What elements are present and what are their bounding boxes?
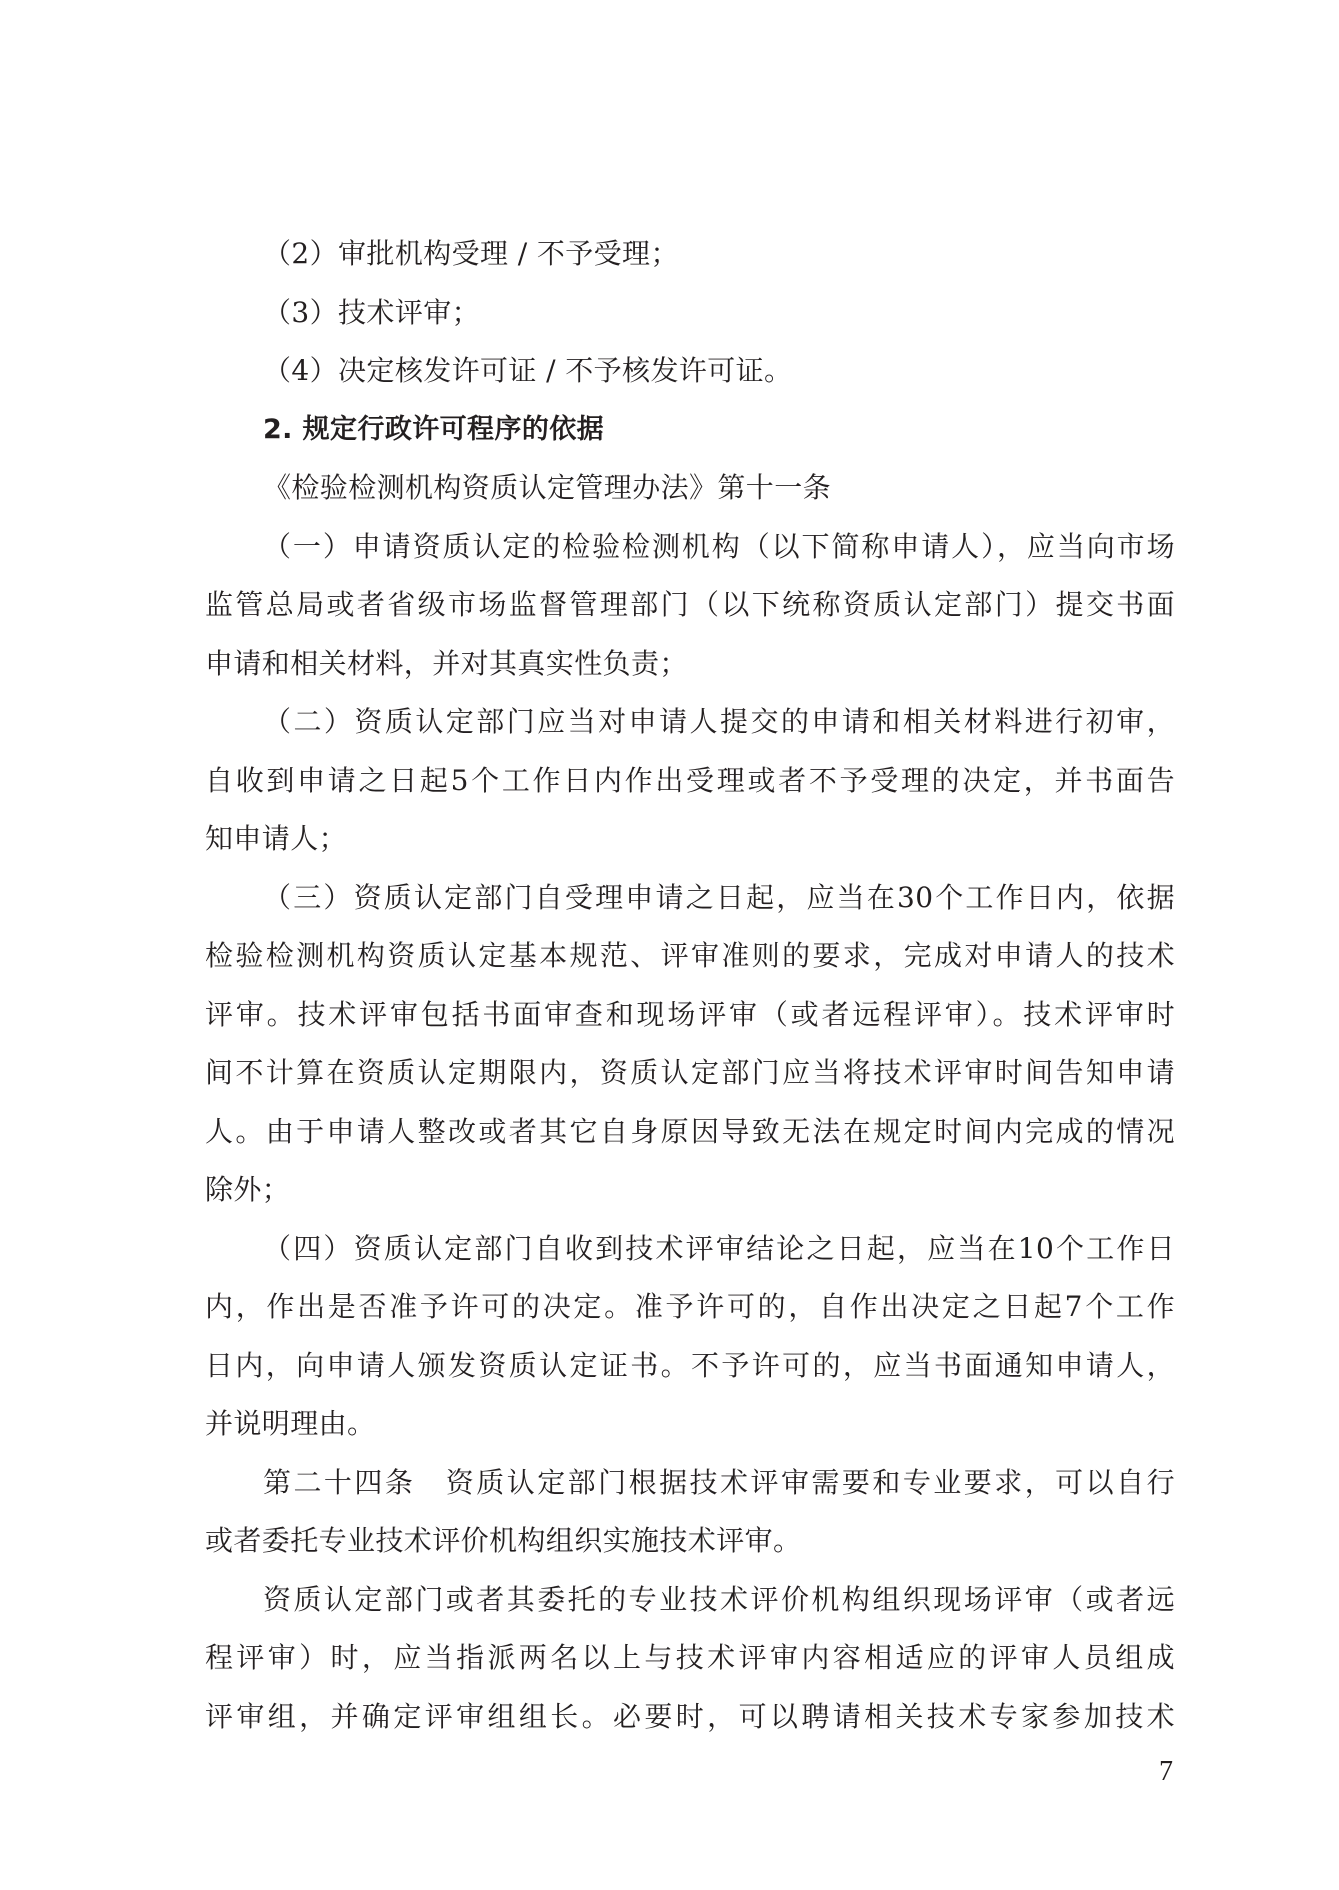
list-item-4: （4）决定核发许可证 / 不予核发许可证。 bbox=[205, 342, 1175, 401]
article-24-paragraph-2: 资质认定部门或者其委托的专业技术评价机构组织现场评审（或者远 程评审）时，应当指… bbox=[205, 1571, 1175, 1747]
article-24-line: 第二十四条 资质认定部门根据技术评审需要和专业要求，可以自行 bbox=[205, 1454, 1175, 1513]
clause-4-line: 内，作出是否准予许可的决定。准予许可的，自作出决定之日起7个工作 bbox=[205, 1278, 1175, 1337]
document-page: （2）审批机构受理 / 不予受理； （3）技术评审； （4）决定核发许可证 / … bbox=[0, 0, 1339, 1890]
clause-2-line: （二）资质认定部门应当对申请人提交的申请和相关材料进行初审， bbox=[205, 693, 1175, 752]
article-24: 第二十四条 资质认定部门根据技术评审需要和专业要求，可以自行 或者委托专业技术评… bbox=[205, 1454, 1175, 1571]
clause-2-line: 知申请人； bbox=[205, 810, 1175, 869]
list-item-2: （2）审批机构受理 / 不予受理； bbox=[205, 225, 1175, 284]
clause-2-line: 自收到申请之日起5个工作日内作出受理或者不予受理的决定，并书面告 bbox=[205, 752, 1175, 811]
clause-1-line: 监管总局或者省级市场监督管理部门（以下统称资质认定部门）提交书面 bbox=[205, 576, 1175, 635]
clause-3-line: 间不计算在资质认定期限内，资质认定部门应当将技术评审时间告知申请 bbox=[205, 1044, 1175, 1103]
page-number: 7 bbox=[1159, 1756, 1173, 1788]
article-24-line: 或者委托专业技术评价机构组织实施技术评审。 bbox=[205, 1512, 1175, 1571]
clause-3-line: 评审。技术评审包括书面审查和现场评审（或者远程评审）。技术评审时 bbox=[205, 986, 1175, 1045]
law-reference: 《检验检测机构资质认定管理办法》第十一条 bbox=[205, 459, 1175, 518]
clause-3-line: 检验检测机构资质认定基本规范、评审准则的要求，完成对申请人的技术 bbox=[205, 927, 1175, 986]
list-item-3: （3）技术评审； bbox=[205, 284, 1175, 343]
clause-3-line: 除外； bbox=[205, 1161, 1175, 1220]
clause-2: （二）资质认定部门应当对申请人提交的申请和相关材料进行初审， 自收到申请之日起5… bbox=[205, 693, 1175, 869]
page-content: （2）审批机构受理 / 不予受理； （3）技术评审； （4）决定核发许可证 / … bbox=[205, 225, 1175, 1746]
article-24-p2-line: 程评审）时，应当指派两名以上与技术评审内容相适应的评审人员组成 bbox=[205, 1629, 1175, 1688]
clause-3-line: （三）资质认定部门自受理申请之日起，应当在30个工作日内，依据 bbox=[205, 869, 1175, 928]
clause-3: （三）资质认定部门自受理申请之日起，应当在30个工作日内，依据 检验检测机构资质… bbox=[205, 869, 1175, 1220]
article-24-p2-line: 资质认定部门或者其委托的专业技术评价机构组织现场评审（或者远 bbox=[205, 1571, 1175, 1630]
clause-4-line: 并说明理由。 bbox=[205, 1395, 1175, 1454]
clause-4: （四）资质认定部门自收到技术评审结论之日起，应当在10个工作日 内，作出是否准予… bbox=[205, 1220, 1175, 1454]
article-24-p2-line: 评审组，并确定评审组组长。必要时，可以聘请相关技术专家参加技术 bbox=[205, 1688, 1175, 1747]
section-heading: 2. 规定行政许可程序的依据 bbox=[205, 401, 1175, 460]
clause-1-line: 申请和相关材料，并对其真实性负责； bbox=[205, 635, 1175, 694]
clause-1-line: （一）申请资质认定的检验检测机构（以下简称申请人），应当向市场 bbox=[205, 518, 1175, 577]
clause-4-line: （四）资质认定部门自收到技术评审结论之日起，应当在10个工作日 bbox=[205, 1220, 1175, 1279]
clause-3-line: 人。由于申请人整改或者其它自身原因导致无法在规定时间内完成的情况 bbox=[205, 1103, 1175, 1162]
clause-1: （一）申请资质认定的检验检测机构（以下简称申请人），应当向市场 监管总局或者省级… bbox=[205, 518, 1175, 694]
clause-4-line: 日内，向申请人颁发资质认定证书。不予许可的，应当书面通知申请人， bbox=[205, 1337, 1175, 1396]
